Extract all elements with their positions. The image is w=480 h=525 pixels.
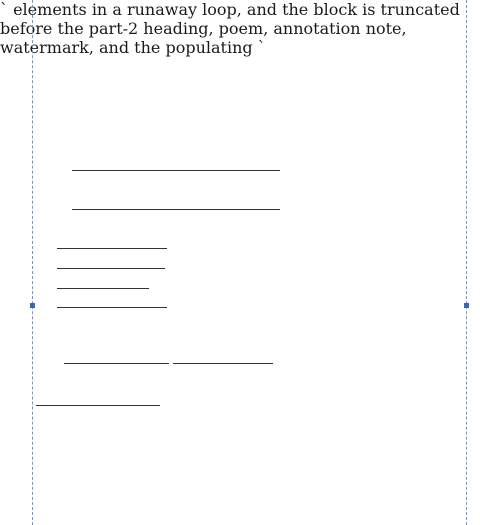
answer-blank[interactable] [72,160,172,171]
answer-blank[interactable] [57,278,149,289]
answer-blank[interactable] [173,353,273,364]
answer-blank[interactable] [172,199,280,210]
answer-blank[interactable] [36,395,98,406]
q2-item-1 [57,238,167,252]
answer-blank[interactable] [57,238,167,249]
q2-item-3 [57,278,149,292]
answer-blank[interactable] [64,353,169,364]
answer-blank[interactable] [57,258,165,269]
q3-blank-row [64,353,273,367]
q2-item-2 [57,258,165,272]
q2-item-4 [57,297,167,311]
answer-blank[interactable] [72,199,172,210]
q1-blank-row1 [72,160,280,174]
q3-item-2-line2 [36,395,160,409]
answer-blank[interactable] [172,160,280,171]
answer-blank[interactable] [98,395,160,406]
resize-handle-right[interactable] [464,303,469,308]
resize-handle-left[interactable] [30,303,35,308]
answer-blank[interactable] [57,297,167,308]
q1-blank-row2 [72,199,280,213]
